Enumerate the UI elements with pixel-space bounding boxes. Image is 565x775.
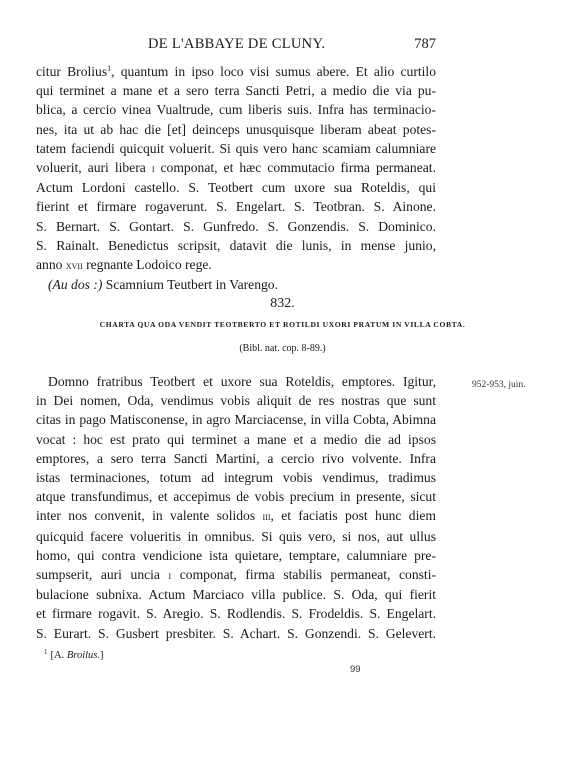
text-line: S. Eurart. S. Gusbert presbiter. S. Acha… [36, 624, 436, 643]
margin-date: 952-953, juin. [472, 380, 526, 390]
running-header: DE L'ABBAYE DE CLUNY. 787 [36, 36, 436, 56]
charter-text: Domno fratribus Teotbert et uxore sua Ro… [36, 372, 436, 643]
text-line: et firmare rogavit. S. Aregio. S. Rodlen… [36, 604, 436, 623]
text-line: sumpserit, auri uncia i componat, firma … [36, 565, 436, 585]
text-line: tatem faciendi quicquit voluerit. Si qui… [36, 139, 436, 158]
text-line: anno xvii regnante Lodoico rege. [36, 255, 436, 275]
text-line: S. Bernart. S. Gontart. S. Gunfredo. S. … [36, 217, 436, 236]
text-line: bulacione subnixa. Actum Marciaco villa … [36, 585, 436, 604]
page-number: 787 [414, 36, 436, 53]
footnote-number: 1 [44, 648, 48, 656]
text-line: qui terminet a mane et a sero terra Sanc… [36, 81, 436, 100]
text-line: blica, a cercio vinea Vualtrude, cum lib… [36, 100, 436, 119]
charter-number: 832. [0, 296, 565, 312]
continued-charter-text: citur Brolius1, quantum in ipso loco vis… [36, 62, 436, 294]
text-line: nes, ita ut ab hac die [et] deinceps unu… [36, 120, 436, 139]
text-line: in Dei nomen, Oda, vendimus vobis aliqui… [36, 391, 436, 410]
charter-source: (Bibl. nat. cop. 8-89.) [0, 343, 565, 354]
text-line: emptores, a sero terra Sancti Martini, a… [36, 449, 436, 468]
text-line: fierint et firmare rogaverunt. S. Engela… [36, 197, 436, 216]
text-line: Actum Lordoni castello. S. Teotbert cum … [36, 178, 436, 197]
text-line: voluerit, auri libera i componat, et hæc… [36, 158, 436, 178]
text-line: istas terminaciones, totum ad integrum v… [36, 468, 436, 487]
running-title: DE L'ABBAYE DE CLUNY. [148, 36, 325, 53]
signature-mark: 99 [350, 664, 361, 675]
text-line: citur Brolius1, quantum in ipso loco vis… [36, 62, 436, 81]
text-line: quicquid facere volueritis in omnibus. S… [36, 527, 436, 546]
text-line: vocat : hoc est prato qui terminet a man… [36, 430, 436, 449]
text-line: atque transfundimus, et accepimus de vob… [36, 487, 436, 506]
text-line: inter nos convenit, in valente solidos i… [36, 506, 436, 526]
text-line: S. Rainalt. Benedictus scripsit, datavit… [36, 236, 436, 255]
footnote: 1[A. Broilus.] [44, 648, 104, 661]
dorsal-note: (Au dos :) Scamnium Teutbert in Varengo. [36, 275, 436, 294]
text-line: Domno fratribus Teotbert et uxore sua Ro… [36, 372, 436, 391]
text-line: homo, qui contra vendicione ista quietar… [36, 546, 436, 565]
charter-title: CHARTA QUA ODA VENDIT TEOTBERTO ET ROTIL… [0, 320, 565, 329]
text-line: citas in pago Matisconense, in agro Marc… [36, 410, 436, 429]
